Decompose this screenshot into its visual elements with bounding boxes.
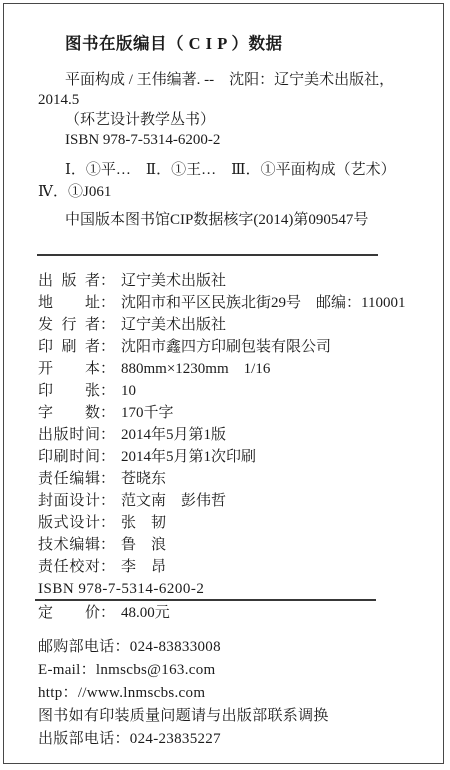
- row-value: 辽宁美术出版社: [115, 273, 226, 289]
- colophon-row-coverdesign: 封面设计：范文南 彭伟哲: [38, 490, 438, 512]
- colophon-row-editor: 责任编辑：苍晓东: [38, 468, 438, 490]
- row-colon: ：: [100, 292, 115, 314]
- row-label: 地址: [38, 292, 100, 314]
- row-colon: ：: [100, 512, 115, 534]
- colophon-row-sheets: 印张：10: [38, 380, 438, 402]
- row-label: 开本: [38, 358, 100, 380]
- row-label: 版式设计: [38, 512, 100, 534]
- row-label: 印刷时间: [38, 446, 100, 468]
- cip-classification-line: Ⅳ．①J061: [38, 181, 428, 203]
- row-value: 2014年5月第1版: [115, 427, 226, 443]
- colophon-row-distributor: 发行者：辽宁美术出版社: [38, 314, 438, 336]
- row-value: 鲁 浪: [115, 537, 166, 553]
- row-colon: ：: [100, 534, 115, 556]
- row-label: 发行者: [38, 314, 100, 336]
- mailorder-phone-line: 邮购部电话：024-83833008: [38, 636, 438, 659]
- row-value: 辽宁美术出版社: [115, 317, 226, 333]
- row-colon: ：: [100, 336, 115, 358]
- row-value: 10: [115, 383, 136, 399]
- row-colon: ：: [100, 446, 115, 468]
- colophon-row-layoutdesign: 版式设计：张 韧: [38, 512, 438, 534]
- row-value: 沈阳市鑫四方印刷包装有限公司: [115, 339, 331, 355]
- email-line: E-mail：lnmscbs@163.com: [38, 659, 438, 682]
- row-label: 责任编辑: [38, 468, 100, 490]
- row-label: 出版者: [38, 270, 100, 292]
- cip-classification: Ⅰ．①平… Ⅱ．①王… Ⅲ．①平面构成（艺术） Ⅳ．①J061: [38, 159, 428, 203]
- cip-record-line: 平面构成 / 王伟编著. -- 沈阳：辽宁美术出版社，: [38, 70, 428, 90]
- cip-isbn-line: ISBN 978-7-5314-6200-2: [38, 130, 428, 150]
- cip-data-block: 图书在版编目（ C I P ）数据 平面构成 / 王伟编著. -- 沈阳：辽宁美…: [38, 30, 428, 231]
- divider-line-top: [37, 254, 378, 256]
- cip-classification-line: Ⅰ．①平… Ⅱ．①王… Ⅲ．①平面构成（艺术）: [38, 159, 428, 181]
- price-row: 定价：48.00元: [38, 602, 438, 624]
- row-label: 出版时间: [38, 424, 100, 446]
- row-value: 170千字: [115, 405, 174, 421]
- cip-registry-line: 中国版本图书馆CIP数据核字(2014)第090547号: [38, 209, 428, 231]
- row-colon: ：: [100, 468, 115, 490]
- row-colon: ：: [100, 602, 115, 624]
- colophon-isbn-line: ISBN 978-7-5314-6200-2: [38, 578, 438, 600]
- colophon-row-address: 地址：沈阳市和平区民族北街29号 邮编：110001: [38, 292, 438, 314]
- row-value: 范文南 彭伟哲: [115, 493, 226, 509]
- row-colon: ：: [100, 380, 115, 402]
- row-colon: ：: [100, 424, 115, 446]
- row-value: 张 韧: [115, 515, 166, 531]
- colophon-row-publisher: 出版者：辽宁美术出版社: [38, 270, 438, 292]
- colophon-row-printer: 印刷者：沈阳市鑫四方印刷包装有限公司: [38, 336, 438, 358]
- row-label: 技术编辑: [38, 534, 100, 556]
- colophon-row-techeditor: 技术编辑：鲁 浪: [38, 534, 438, 556]
- website-line: http：//www.lnmscbs.com: [38, 682, 438, 705]
- price-label: 定价: [38, 602, 100, 624]
- row-colon: ：: [100, 314, 115, 336]
- colophon-row-pubdate: 出版时间：2014年5月第1版: [38, 424, 438, 446]
- publishing-dept-phone-line: 出版部电话：024-23835227: [38, 728, 438, 751]
- price-value: 48.00元: [115, 605, 170, 621]
- row-value: 沈阳市和平区民族北街29号 邮编：110001: [115, 295, 405, 311]
- row-label: 字数: [38, 402, 100, 424]
- colophon-row-proofreader: 责任校对：李 昂: [38, 556, 438, 578]
- colophon-row-format: 开本：880mm×1230mm 1/16: [38, 358, 438, 380]
- cip-record-line: 2014.5: [38, 90, 428, 110]
- row-colon: ：: [100, 402, 115, 424]
- row-value: 李 昂: [115, 559, 166, 575]
- colophon-row-printdate: 印刷时间：2014年5月第1次印刷: [38, 446, 438, 468]
- row-value: 880mm×1230mm 1/16: [115, 361, 270, 377]
- colophon-block: 出版者：辽宁美术出版社 地址：沈阳市和平区民族北街29号 邮编：110001 发…: [38, 270, 438, 600]
- row-label: 封面设计: [38, 490, 100, 512]
- row-colon: ：: [100, 358, 115, 380]
- row-colon: ：: [100, 556, 115, 578]
- row-colon: ：: [100, 490, 115, 512]
- quality-notice-line: 图书如有印装质量问题请与出版部联系调换: [38, 705, 438, 728]
- colophon-row-wordcount: 字数：170千字: [38, 402, 438, 424]
- cip-title: 图书在版编目（ C I P ）数据: [65, 30, 428, 54]
- row-label: 印刷者: [38, 336, 100, 358]
- divider-line-bottom: [35, 599, 376, 601]
- row-label: 印张: [38, 380, 100, 402]
- row-value: 苍晓东: [115, 471, 166, 487]
- row-label: 责任校对: [38, 556, 100, 578]
- cip-series-line: （环艺设计教学丛书）: [38, 110, 428, 130]
- contact-block: 邮购部电话：024-83833008 E-mail：lnmscbs@163.co…: [38, 636, 438, 751]
- row-colon: ：: [100, 270, 115, 292]
- row-value: 2014年5月第1次印刷: [115, 449, 256, 465]
